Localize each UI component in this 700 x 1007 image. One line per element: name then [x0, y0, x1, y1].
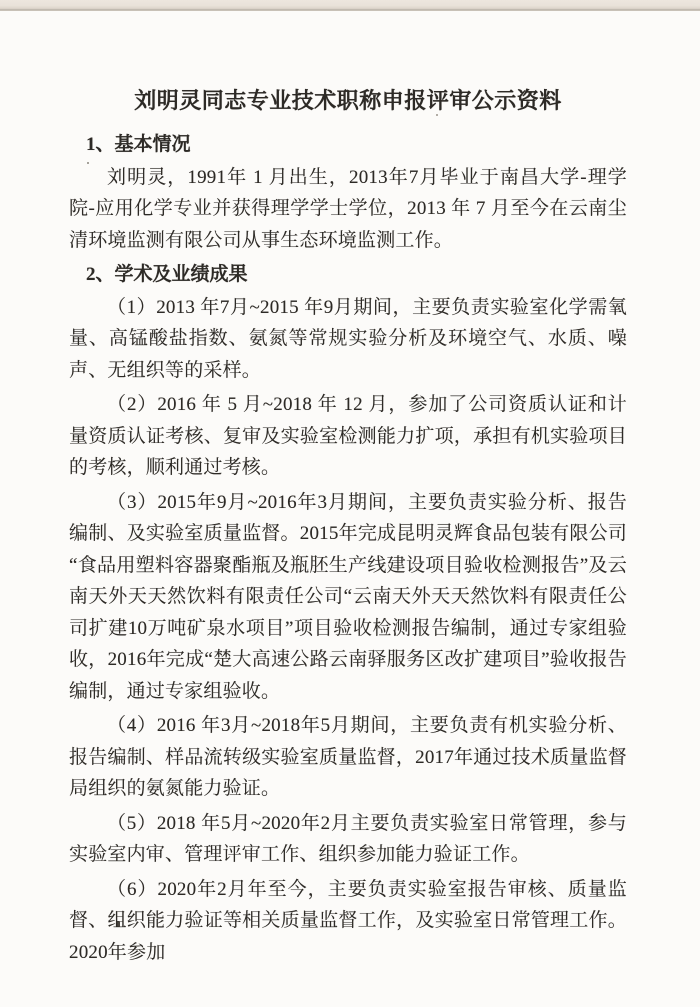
document-body: 刘明灵同志专业技术职称申报评审公示资料 1、基本情况 刘明灵，1991年 1 月…: [69, 86, 627, 971]
scanned-document-page: 刘明灵同志专业技术职称申报评审公示资料 1、基本情况 刘明灵，1991年 1 月…: [0, 0, 700, 1007]
section-heading-achievements: 2、学术及业绩成果: [69, 259, 627, 291]
paragraph-achievement-2: （2）2016 年 5 月~2018 年 12 月，参加了公司资质认证和计量资质…: [69, 389, 627, 484]
paragraph-basic-info: 刘明灵，1991年 1 月出生，2013年7月毕业于南昌大学-理学院-应用化学专…: [69, 162, 627, 257]
scan-paper-edge: [0, 0, 700, 11]
section-heading-basic-info: 1、基本情况: [69, 129, 627, 161]
paragraph-achievement-5: （5）2018 年5月~2020年2月主要负责实验室日常管理，参与实验室内审、管…: [69, 808, 627, 871]
document-title: 刘明灵同志专业技术职称申报评审公示资料: [69, 86, 627, 116]
paragraph-achievement-6: （6）2020年2月年至今，主要负责实验室报告审核、质量监督、组织能力验证等相关…: [69, 874, 627, 969]
paragraph-achievement-1: （1）2013 年7月~2015 年9月期间，主要负责实验室化学需氧量、高锰酸盐…: [69, 292, 627, 387]
paragraph-achievement-3: （3）2015年9月~2016年3月期间，主要负责实验分析、报告编制、及实验室质…: [69, 487, 627, 708]
paragraph-achievement-4: （4）2016 年3月~2018年5月期间，主要负责有机实验分析、报告编制、样品…: [69, 710, 627, 805]
